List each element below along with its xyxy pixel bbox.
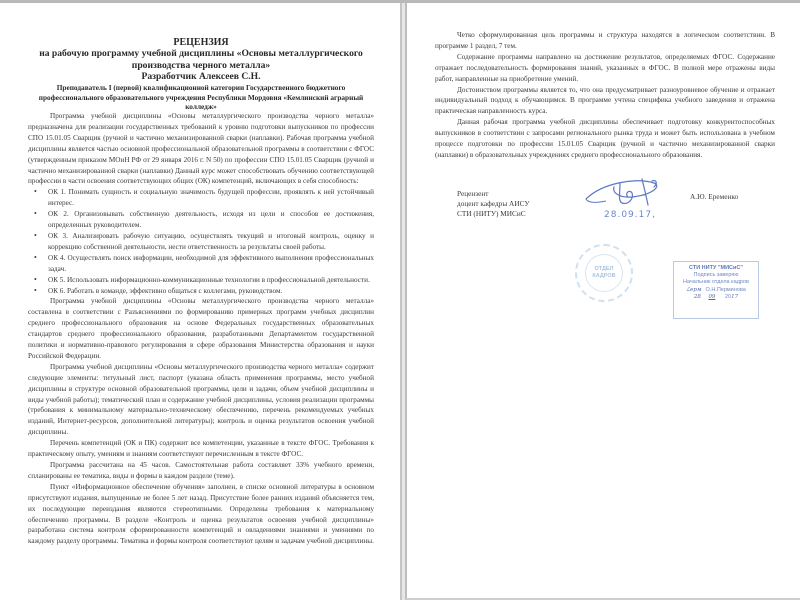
document-page-right: Четко сформулированная цель программы и … — [405, 3, 800, 600]
stamp-organization: СТИ НИТУ "МИСиС" — [674, 265, 758, 272]
round-stamp-icon: ОТДЕЛ КАДРОВ — [575, 244, 633, 302]
competency-item: ОК 2. Организовывать собственную деятель… — [48, 209, 374, 231]
reviewer-role: Рецензент — [457, 189, 530, 199]
competency-item: ОК 4. Осуществлять поиск информации, нео… — [48, 253, 374, 275]
stamp-date-day: 28 — [694, 294, 701, 300]
round-stamp-text: КАДРОВ — [592, 273, 615, 280]
stamp-line: Подпись заверяю — [674, 272, 758, 279]
paragraph: Достоинством программы является то, что … — [435, 85, 775, 118]
competency-item: ОК 5. Использовать информационно-коммуни… — [48, 275, 374, 286]
stamp-signer-name: О.Н.Перминова — [706, 287, 746, 293]
paragraph: Четко сформулированная цель программы и … — [435, 30, 775, 52]
document-title: РЕЦЕНЗИЯ — [0, 37, 402, 48]
stamp-date-year-suffix: 17 — [731, 294, 738, 300]
reviewer-block: Рецензент доцент кафедры АИСУ СТИ (НИТУ)… — [457, 189, 530, 219]
developer-position: Преподаватель I (первой) квалификационно… — [30, 83, 372, 112]
handwritten-signature-icon — [582, 173, 672, 213]
certification-stamp: СТИ НИТУ "МИСиС" Подпись заверяю Начальн… — [673, 261, 759, 319]
reviewer-organization: СТИ (НИТУ) МИСиС — [457, 209, 530, 219]
competency-item: ОК 6. Работать в команде, эффективно общ… — [48, 286, 374, 297]
paragraph: Перечень компетенций (ОК и ПК) содержит … — [28, 438, 374, 460]
stamp-signer: ℒeрмО.Н.Перминова — [674, 287, 758, 294]
stamp-line: Начальник отдела кадров — [674, 279, 758, 286]
paragraph: Программа учебной дисциплины «Основы мет… — [28, 111, 374, 187]
paragraph: Содержание программы направлено на дости… — [435, 52, 775, 85]
developer-name: Разработчик Алексеев С.Н. — [0, 71, 402, 82]
paragraph: Программа учебной дисциплины «Основы мет… — [28, 296, 374, 361]
document-subtitle: на рабочую программу учебной дисциплины … — [36, 48, 366, 71]
stamp-date: 28 09 2017 — [674, 294, 758, 301]
document-page-left: РЕЦЕНЗИЯ на рабочую программу учебной ди… — [0, 3, 402, 600]
reviewer-name: А.Ю. Еременко — [690, 192, 738, 201]
round-stamp-text: ОТДЕЛ — [595, 266, 614, 273]
right-body: Четко сформулированная цель программы и … — [435, 30, 775, 161]
paragraph: Программа рассчитана на 45 часов. Самост… — [28, 460, 374, 482]
paragraph: Данная рабочая программа учебной дисципл… — [435, 117, 775, 161]
reviewer-position: доцент кафедры АИСУ — [457, 199, 530, 209]
paragraph: Пункт «Информационное обеспечение обучен… — [28, 482, 374, 547]
competency-item: ОК 1. Понимать сущность и социальную зна… — [48, 187, 374, 209]
stamp-date-month: 09 — [708, 294, 715, 300]
stamp-signature-icon: ℒeрм — [686, 287, 701, 293]
signature-date: 28.09.17, — [604, 210, 656, 220]
left-body: Программа учебной дисциплины «Основы мет… — [28, 111, 374, 547]
competency-list: ОК 1. Понимать сущность и социальную зна… — [28, 187, 374, 296]
paragraph: Программа учебной дисциплины «Основы мет… — [28, 362, 374, 438]
competency-item: ОК 3. Анализировать рабочую ситуацию, ос… — [48, 231, 374, 253]
